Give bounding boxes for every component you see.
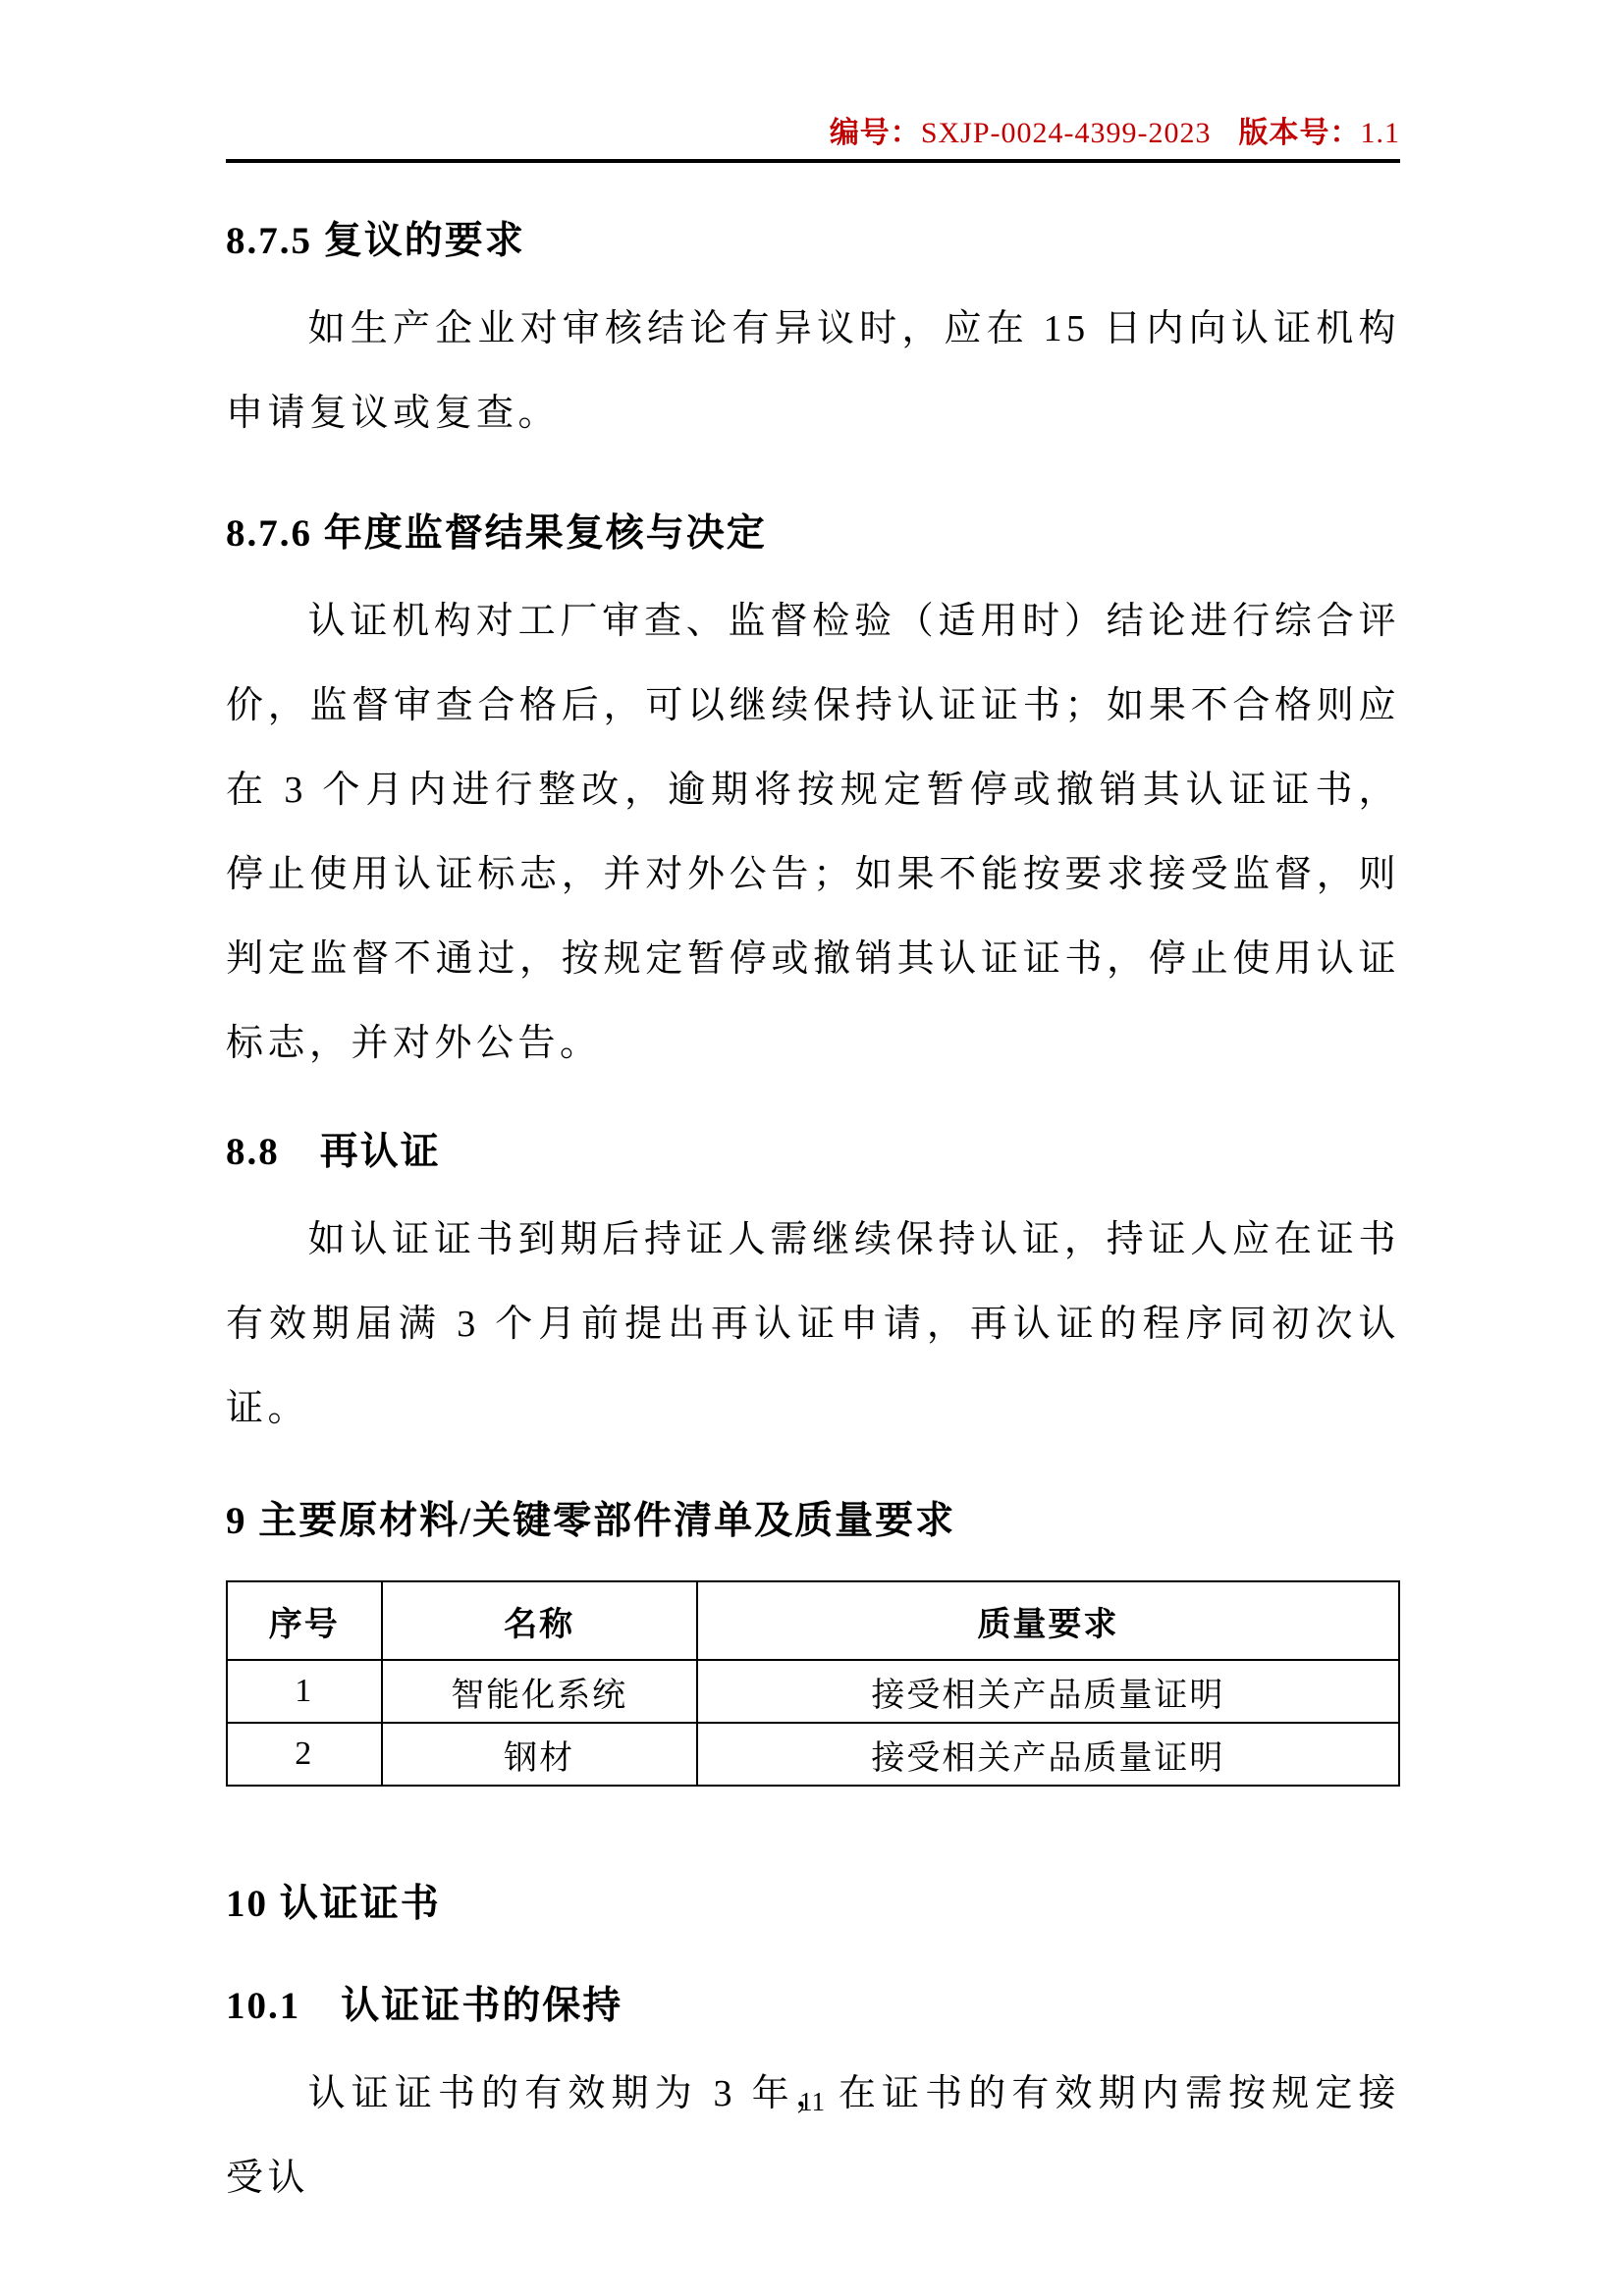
- table-header-row: 序号 名称 质量要求: [227, 1581, 1399, 1660]
- paragraph-8-8: 如认证证书到期后持证人需继续保持认证，持证人应在证书有效期届满 3 个月前提出再…: [226, 1198, 1400, 1451]
- heading-8-7-6: 8.7.6 年度监督结果复核与决定: [226, 510, 1400, 558]
- document-page: 编号：SXJP-0024-4399-2023版本号：1.1 8.7.5 复议的要…: [0, 0, 1624, 2296]
- paragraph-8-7-6: 认证机构对工厂审查、监督检验（适用时）结论进行综合评价，监督审查合格后，可以继续…: [226, 579, 1400, 1086]
- version-value: 1.1: [1361, 117, 1401, 149]
- cell-name: 钢材: [382, 1723, 697, 1786]
- cell-seq: 1: [227, 1660, 382, 1723]
- doc-number-label: 编号：: [830, 117, 921, 149]
- version-label: 版本号：: [1239, 117, 1361, 149]
- paragraph-8-7-5: 如生产企业对审核结论有异议时，应在 15 日内向认证机构申请复议或复查。: [226, 287, 1400, 455]
- cell-quality: 接受相关产品质量证明: [697, 1723, 1399, 1786]
- heading-10: 10 认证证书: [226, 1881, 1400, 1928]
- col-header-seq: 序号: [227, 1581, 382, 1660]
- heading-8-8: 8.8 再认证: [226, 1129, 1400, 1176]
- cell-quality: 接受相关产品质量证明: [697, 1660, 1399, 1723]
- table-row: 1 智能化系统 接受相关产品质量证明: [227, 1660, 1399, 1723]
- doc-header: 编号：SXJP-0024-4399-2023版本号：1.1: [226, 0, 1400, 151]
- table-row: 2 钢材 接受相关产品质量证明: [227, 1723, 1399, 1786]
- materials-table: 序号 名称 质量要求 1 智能化系统 接受相关产品质量证明 2 钢材 接受相关产…: [226, 1580, 1400, 1787]
- heading-10-1: 10.1 认证证书的保持: [226, 1983, 1400, 2030]
- header-rule: [226, 159, 1400, 163]
- cell-seq: 2: [227, 1723, 382, 1786]
- col-header-name: 名称: [382, 1581, 697, 1660]
- page-number: 11: [0, 2087, 1624, 2117]
- heading-8-7-5: 8.7.5 复议的要求: [226, 218, 1400, 265]
- col-header-quality: 质量要求: [697, 1581, 1399, 1660]
- doc-number-value: SXJP-0024-4399-2023: [921, 117, 1212, 149]
- cell-name: 智能化系统: [382, 1660, 697, 1723]
- page-content: 编号：SXJP-0024-4399-2023版本号：1.1 8.7.5 复议的要…: [226, 0, 1400, 2220]
- paragraph-10-1: 认证证书的有效期为 3 年，在证书的有效期内需按规定接受认: [226, 2052, 1400, 2220]
- heading-9: 9 主要原材料/关键零部件清单及质量要求: [226, 1498, 1400, 1545]
